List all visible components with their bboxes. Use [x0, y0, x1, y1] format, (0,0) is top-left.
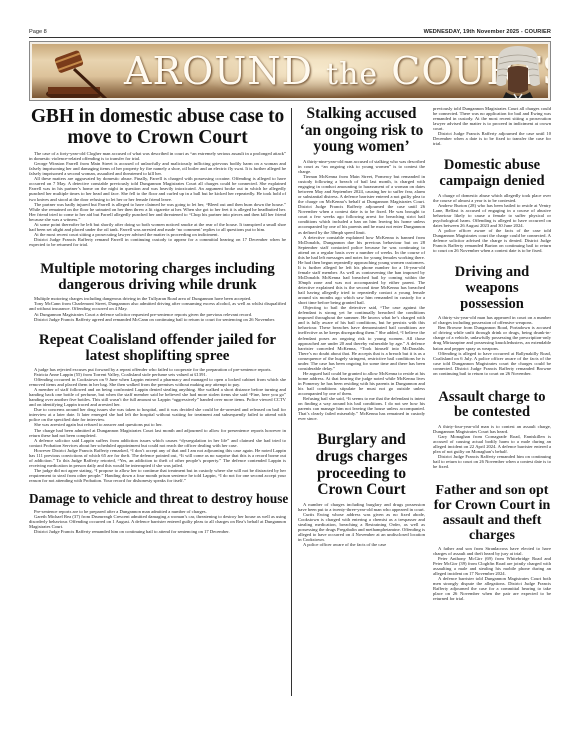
- article-paragraph: A defence barrister told Dungannon Magis…: [433, 576, 551, 601]
- article-paragraph: A thirty-six-year-old man has appeared i…: [433, 315, 551, 325]
- article-paragraph: However District Judge Francis Rafferty …: [29, 448, 286, 468]
- middle-column: Stalking accused ‘an ongoing risk to you…: [298, 106, 425, 547]
- column-rule: [291, 108, 292, 696]
- article-paragraph: Tony McCann from Charlemont Street, Dung…: [29, 301, 286, 311]
- headline-stalking: Stalking accused ‘an ongoing risk to you…: [298, 106, 425, 156]
- issue-date-line: WEDNESDAY, 19th November 2025 - COURIER: [424, 29, 551, 35]
- headline-motoring: Multiple motoring charges including dang…: [29, 261, 286, 293]
- article-paragraph: A thirty-nine-year-old man accused of st…: [298, 159, 425, 174]
- article-paragraph: A defence solicitor said Lappin suffers …: [29, 438, 286, 448]
- article-paragraph: Peter Anthony McGirr (69) from Whitebrid…: [433, 556, 551, 576]
- article-paragraph: Gareth Michael Rea (37) from Drumreagh C…: [29, 514, 286, 529]
- article-burglary: Burglary and drugs charges proceeding to…: [298, 432, 425, 547]
- section-banner: AROUND the COURTS: [29, 41, 551, 101]
- article-paragraph: Refusing bail she said, “It seems to me …: [298, 396, 425, 421]
- headline-burglary: Burglary and drugs charges proceeding to…: [298, 432, 425, 499]
- article-paragraph: He argued bail could be granted to allow…: [298, 371, 425, 396]
- article-damage: Damage to vehicle and threat to destroy …: [29, 492, 286, 534]
- article-paragraph: Objecting to bail the detective said, “T…: [298, 305, 425, 371]
- article-paragraph: A number of charges including burglary a…: [298, 502, 425, 512]
- headline-shoplifting: Repeat Coalisland offender jailed for la…: [29, 332, 286, 364]
- article-motoring: Multiple motoring charges including dang…: [29, 261, 286, 322]
- article-paragraph: All these matters are aggravated by dome…: [29, 176, 286, 201]
- article-paragraph: The case of a forty-year-old Clogher man…: [29, 151, 286, 161]
- article-paragraph: A detective constable explained how McKe…: [298, 235, 425, 306]
- barrister-wig-icon: [494, 44, 542, 98]
- article-father-son: Father and son opt for Crown Court in as…: [433, 483, 551, 602]
- article-paragraph: District Judge Francis Rafferty remanded…: [433, 454, 551, 469]
- article-paragraph: The partner was badly injured but Farrel…: [29, 202, 286, 222]
- page-number: Page 8: [29, 29, 47, 35]
- article-paragraph: A member of staff followed and on being …: [29, 387, 286, 407]
- article-burglary-continued: previously told Dungannon Magistrates Co…: [433, 106, 551, 146]
- article-shoplifting: Repeat Coalisland offender jailed for la…: [29, 332, 286, 483]
- article-paragraph: Curtis Ewing whose address was given as …: [298, 512, 425, 542]
- article-assault: Assault charge to be contested A thirty-…: [433, 390, 551, 470]
- headline-assault: Assault charge to be contested: [433, 390, 551, 421]
- article-paragraph: Due to concerns around her drug issues s…: [29, 407, 286, 422]
- article-gbh: GBH in domestic abuse case to move to Cr…: [29, 106, 286, 247]
- article-paragraph: A police officer aware of the facts of t…: [433, 228, 551, 253]
- article-driving: Driving and weapons possession A thirty-…: [433, 265, 551, 376]
- article-paragraph: A charge of domestic abuse which alleged…: [433, 193, 551, 203]
- right-column: previously told Dungannon Magistrates Co…: [433, 106, 551, 601]
- gavel-icon: [44, 47, 114, 98]
- article-paragraph: At Dungannon Magistrates Court a defence…: [29, 312, 286, 317]
- article-paragraph: A thirty-four-year-old man is to contest…: [433, 424, 551, 434]
- article-paragraph: District Judge Francis Rafferty adjourne…: [433, 131, 551, 146]
- article-paragraph: At some point thereafter he left but sho…: [29, 222, 286, 232]
- article-paragraph: Andrew Burton (28) who has been bailed t…: [433, 203, 551, 228]
- headline-gbh: GBH in domestic abuse case to move to Cr…: [29, 106, 286, 148]
- article-paragraph: A police officer aware of the facts of t…: [298, 542, 425, 547]
- headline-driving: Driving and weapons possession: [433, 265, 551, 312]
- left-column: GBH in domestic abuse case to move to Cr…: [29, 106, 286, 535]
- banner-title: AROUND the COURTS: [124, 48, 548, 98]
- article-domestic: Domestic abuse campaign denied A charge …: [433, 158, 551, 253]
- headline-domestic: Domestic abuse campaign denied: [433, 158, 551, 189]
- article-stalking: Stalking accused ‘an ongoing risk to you…: [298, 106, 425, 421]
- article-paragraph: Offending occurred in Cookstown on 9 Jun…: [29, 377, 286, 387]
- headline-damage: Damage to vehicle and threat to destroy …: [29, 492, 286, 506]
- page-folio: Page 8 WEDNESDAY, 19th November 2025 - C…: [29, 28, 551, 38]
- article-paragraph: The judge did not agree stating, “I prop…: [29, 468, 286, 483]
- article-paragraph: previously told Dungannon Magistrates Co…: [433, 106, 551, 131]
- article-paragraph: Ben Browne from Dungannon Road, Portadow…: [433, 325, 551, 350]
- article-paragraph: District Judge Francis Rafferty remanded…: [29, 529, 286, 534]
- article-paragraph: District Judge Francis Rafferty agreed a…: [29, 317, 286, 322]
- article-paragraph: The charge had been admitted at Dunganno…: [29, 428, 286, 438]
- article-paragraph: A father and son from Stranlacross have …: [433, 546, 551, 556]
- article-paragraph: Tiernan McKenna from Main Street, Pomero…: [298, 174, 425, 235]
- article-paragraph: Gary Monaghan from Cornagrade Road, Enni…: [433, 434, 551, 454]
- article-paragraph: District Judge Francis Rafferty remand F…: [29, 237, 286, 247]
- headline-father-son: Father and son opt for Crown Court in as…: [433, 483, 551, 543]
- article-paragraph: Offending is alleged to have occurred at…: [433, 351, 551, 376]
- article-paragraph: George Winston Farrell from Main Street …: [29, 161, 286, 176]
